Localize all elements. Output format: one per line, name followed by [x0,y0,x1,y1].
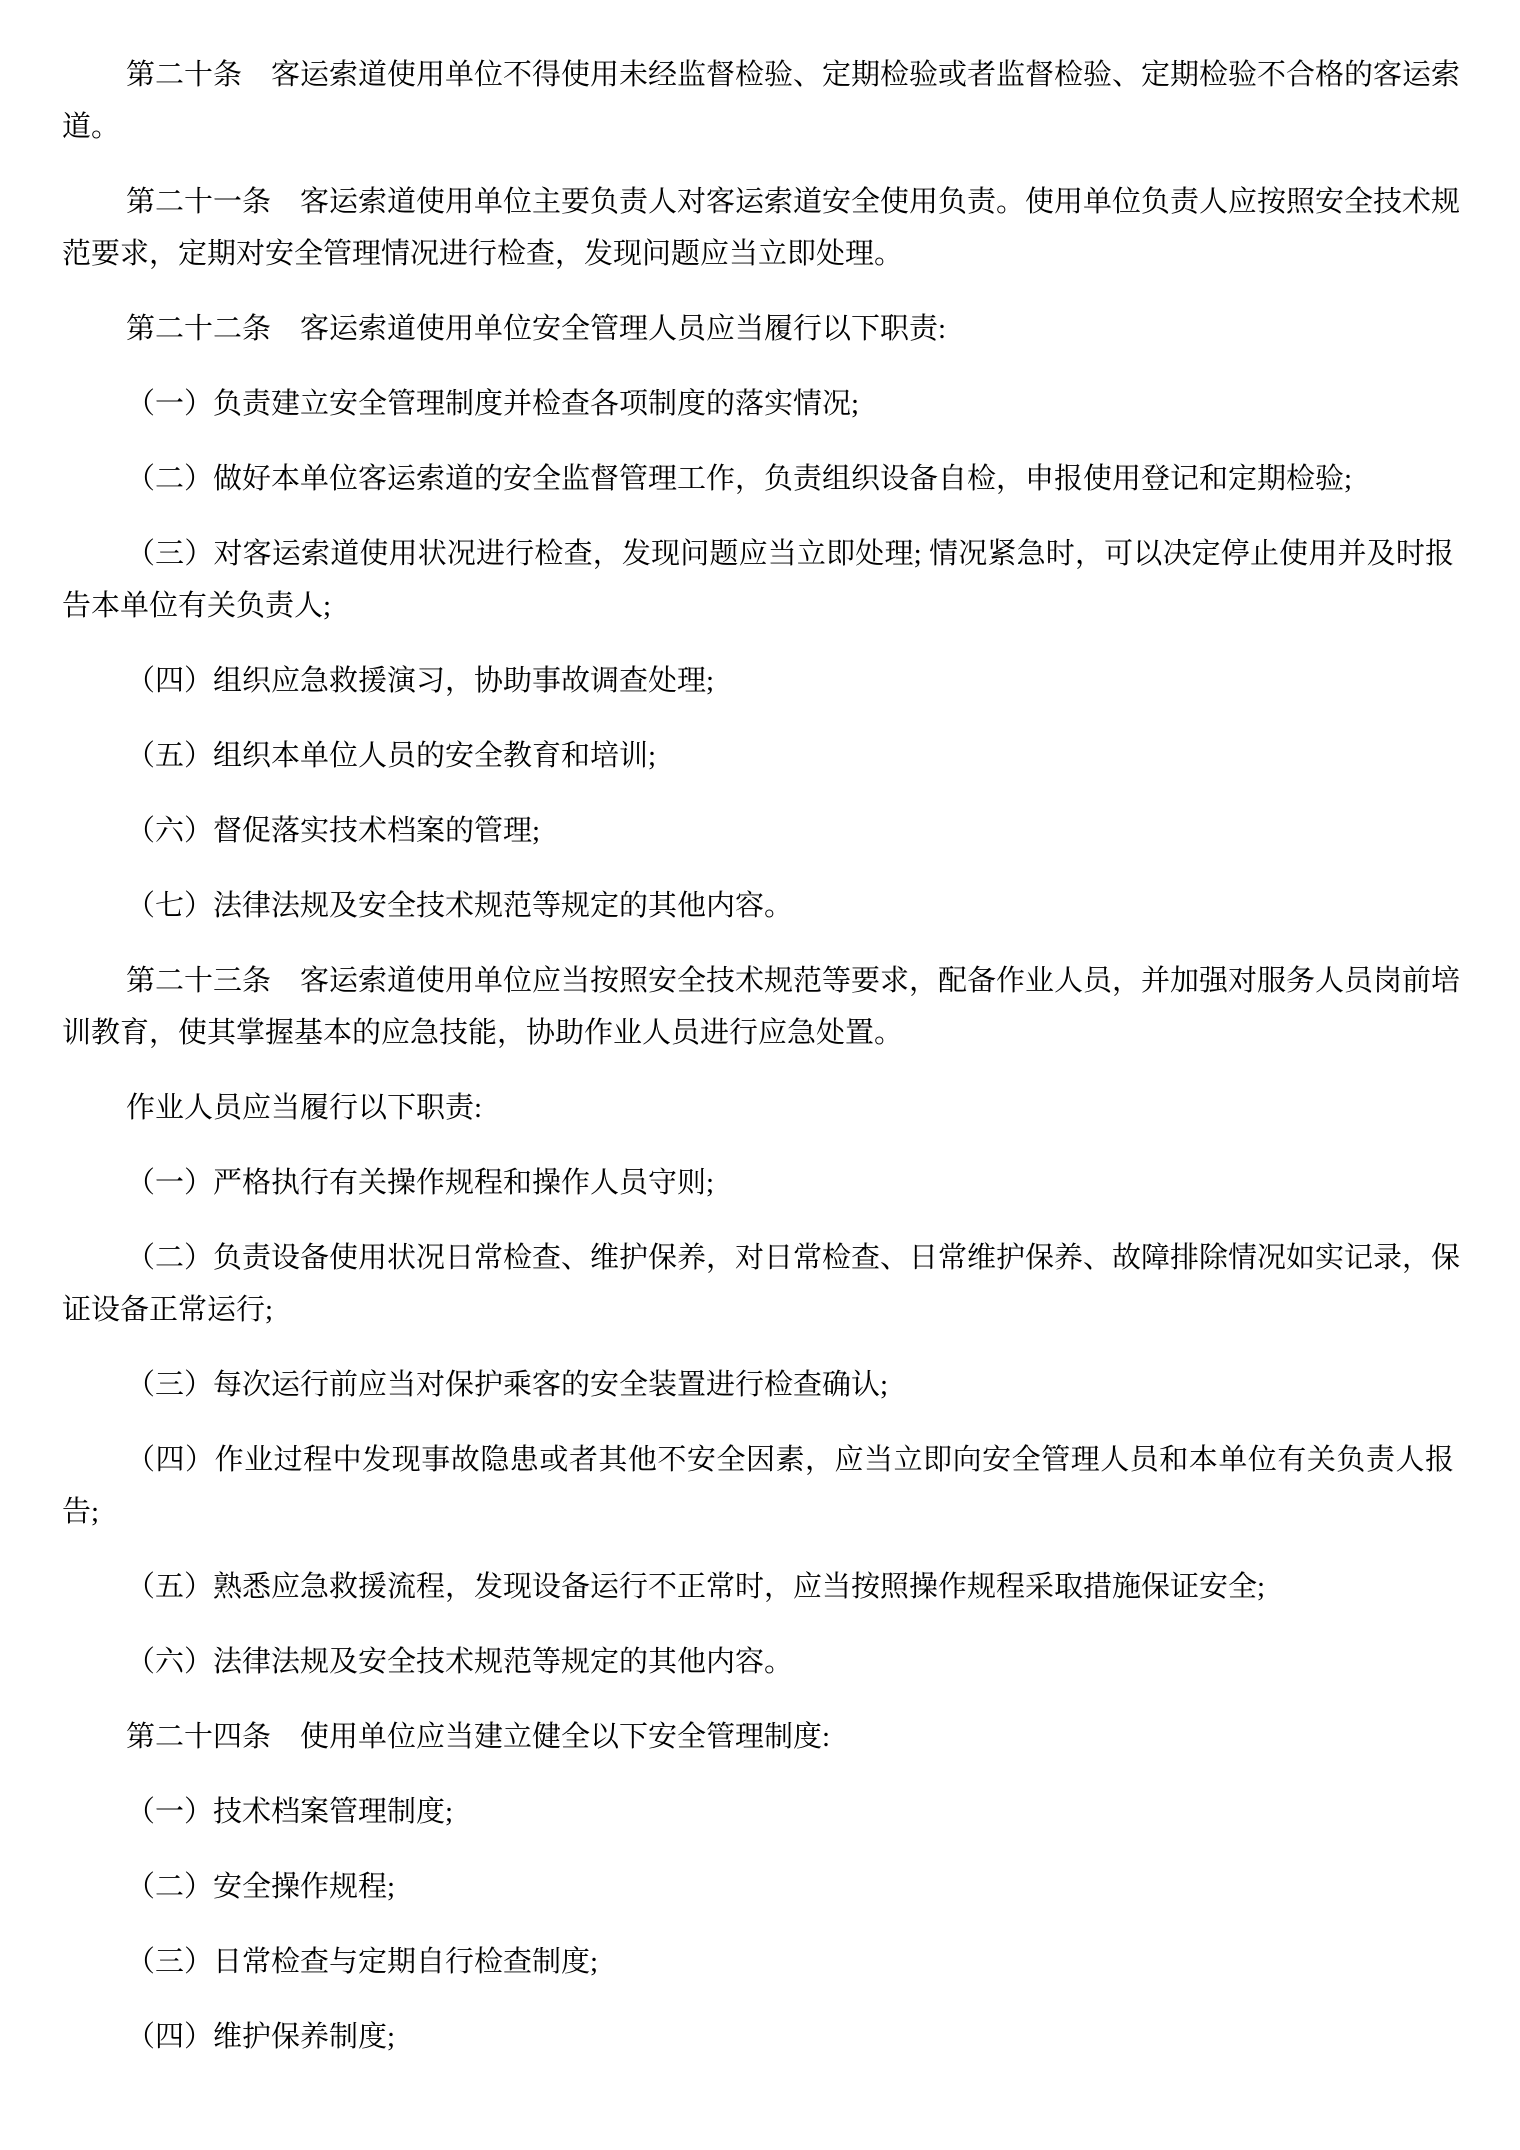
text-line: 作业人员应当履行以下职责: [62,1082,1454,1134]
paragraph: （五）组织本单位人员的安全教育和培训; [62,730,1454,782]
text-line: （六）法律法规及安全技术规范等规定的其他内容。 [62,1636,1454,1688]
text-line: （二）负责设备使用状况日常检查、维护保养，对日常检查、日常维护保养、故障排除情况… [62,1232,1454,1284]
text-line: 证设备正常运行; [62,1284,1454,1336]
text-line: （一）严格执行有关操作规程和操作人员守则; [62,1157,1454,1209]
paragraph: （三）日常检查与定期自行检查制度; [62,1936,1454,1988]
paragraph: （二）做好本单位客运索道的安全监督管理工作，负责组织设备自检，申报使用登记和定期… [62,453,1454,505]
paragraph: （五）熟悉应急救援流程，发现设备运行不正常时，应当按照操作规程采取措施保证安全; [62,1561,1454,1613]
paragraph: 第二十条 客运索道使用单位不得使用未经监督检验、定期检验或者监督检验、定期检验不… [62,49,1454,153]
paragraph: （六）督促落实技术档案的管理; [62,805,1454,857]
text-line: 第二十一条 客运索道使用单位主要负责人对客运索道安全使用负责。使用单位负责人应按… [62,176,1454,228]
paragraph: （一）严格执行有关操作规程和操作人员守则; [62,1157,1454,1209]
paragraph: （三）每次运行前应当对保护乘客的安全装置进行检查确认; [62,1359,1454,1411]
text-line: 告; [62,1486,1454,1538]
paragraph: 第二十一条 客运索道使用单位主要负责人对客运索道安全使用负责。使用单位负责人应按… [62,176,1454,280]
text-line: （一）负责建立安全管理制度并检查各项制度的落实情况; [62,378,1454,430]
paragraph: （三）对客运索道使用状况进行检查，发现问题应当立即处理; 情况紧急时，可以决定停… [62,528,1454,632]
text-line: 第二十二条 客运索道使用单位安全管理人员应当履行以下职责: [62,303,1454,355]
text-line: 训教育，使其掌握基本的应急技能，协助作业人员进行应急处置。 [62,1007,1454,1059]
text-line: （四）组织应急救援演习，协助事故调查处理; [62,655,1454,707]
document-page: 第二十条 客运索道使用单位不得使用未经监督检验、定期检验或者监督检验、定期检验不… [0,0,1520,2150]
paragraph: （七）法律法规及安全技术规范等规定的其他内容。 [62,880,1454,932]
text-line: （三）对客运索道使用状况进行检查，发现问题应当立即处理; 情况紧急时，可以决定停… [62,528,1454,580]
paragraph: （四）组织应急救援演习，协助事故调查处理; [62,655,1454,707]
paragraph: 第二十四条 使用单位应当建立健全以下安全管理制度: [62,1711,1454,1763]
text-line: 道。 [62,101,1454,153]
document-body: 第二十条 客运索道使用单位不得使用未经监督检验、定期检验或者监督检验、定期检验不… [62,49,1454,2086]
text-line: （二）做好本单位客运索道的安全监督管理工作，负责组织设备自检，申报使用登记和定期… [62,453,1454,505]
paragraph: （二）负责设备使用状况日常检查、维护保养，对日常检查、日常维护保养、故障排除情况… [62,1232,1454,1336]
text-line: 第二十条 客运索道使用单位不得使用未经监督检验、定期检验或者监督检验、定期检验不… [62,49,1454,101]
text-line: （一）技术档案管理制度; [62,1786,1454,1838]
paragraph: 作业人员应当履行以下职责: [62,1082,1454,1134]
text-line: （二）安全操作规程; [62,1861,1454,1913]
text-line: （五）熟悉应急救援流程，发现设备运行不正常时，应当按照操作规程采取措施保证安全; [62,1561,1454,1613]
text-line: （三）日常检查与定期自行检查制度; [62,1936,1454,1988]
paragraph: 第二十三条 客运索道使用单位应当按照安全技术规范等要求，配备作业人员，并加强对服… [62,955,1454,1059]
paragraph: （二）安全操作规程; [62,1861,1454,1913]
paragraph: （四）维护保养制度; [62,2011,1454,2063]
paragraph: （一）负责建立安全管理制度并检查各项制度的落实情况; [62,378,1454,430]
text-line: （三）每次运行前应当对保护乘客的安全装置进行检查确认; [62,1359,1454,1411]
paragraph: （六）法律法规及安全技术规范等规定的其他内容。 [62,1636,1454,1688]
text-line: （五）组织本单位人员的安全教育和培训; [62,730,1454,782]
text-line: 第二十三条 客运索道使用单位应当按照安全技术规范等要求，配备作业人员，并加强对服… [62,955,1454,1007]
text-line: （六）督促落实技术档案的管理; [62,805,1454,857]
text-line: 告本单位有关负责人; [62,580,1454,632]
text-line: 第二十四条 使用单位应当建立健全以下安全管理制度: [62,1711,1454,1763]
text-line: （七）法律法规及安全技术规范等规定的其他内容。 [62,880,1454,932]
text-line: （四）维护保养制度; [62,2011,1454,2063]
paragraph: 第二十二条 客运索道使用单位安全管理人员应当履行以下职责: [62,303,1454,355]
paragraph: （一）技术档案管理制度; [62,1786,1454,1838]
paragraph: （四）作业过程中发现事故隐患或者其他不安全因素，应当立即向安全管理人员和本单位有… [62,1434,1454,1538]
text-line: 范要求，定期对安全管理情况进行检查，发现问题应当立即处理。 [62,228,1454,280]
text-line: （四）作业过程中发现事故隐患或者其他不安全因素，应当立即向安全管理人员和本单位有… [62,1434,1454,1486]
